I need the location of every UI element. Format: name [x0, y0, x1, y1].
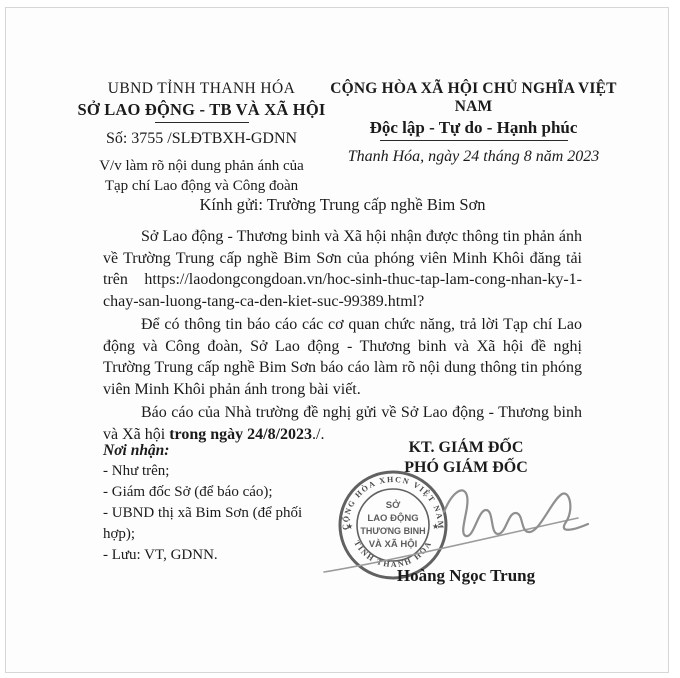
signer-name: Hoàng Ngọc Trung: [326, 566, 606, 586]
signature-tail-stroke: [324, 518, 578, 572]
svg-text:TỈNH THANH HÓA: TỈNH THANH HÓA: [352, 539, 434, 569]
recipients-block: Nơi nhận: - Như trên; - Giám đốc Sở (để …: [103, 440, 333, 566]
recipient-item: - Giám đốc Sở (để báo cáo);: [103, 482, 333, 503]
letterhead-right: CỘNG HÒA XÃ HỘI CHỦ NGHĨA VIỆT NAM Độc l…: [321, 80, 626, 166]
org-name-underline: [155, 122, 249, 123]
recipient-item: - Như trên;: [103, 461, 333, 482]
signer-position: PHÓ GIÁM ĐỐC: [341, 458, 591, 478]
document-number: Số: 3755 /SLĐTBXH-GDNN: [74, 130, 329, 148]
national-title: CỘNG HÒA XÃ HỘI CHỦ NGHĨA VIỆT NAM: [321, 80, 626, 116]
body-paragraph-2: Để có thông tin báo cáo các cơ quan chức…: [103, 314, 582, 400]
document-subject: V/v làm rõ nội dung phản ánh của Tạp chí…: [74, 156, 329, 196]
recipient-item: - Lưu: VT, GDNN.: [103, 545, 333, 566]
stamp-inner-ring: [357, 489, 429, 561]
stamp-center-line-1: SỞ: [386, 499, 401, 511]
recipient-item: - UBND thị xã Bim Sơn (để phối hợp);: [103, 503, 333, 545]
document-page: UBND TỈNH THANH HÓA SỞ LAO ĐỘNG - TB VÀ …: [5, 7, 669, 673]
stamp-center-line-2: LAO ĐỘNG: [367, 512, 418, 524]
svg-text:CỘNG HÒA XHCN VIỆT NAM: CỘNG HÒA XHCN VIỆT NAM: [341, 475, 445, 530]
subject-line-1: V/v làm rõ nội dung phản ánh của: [74, 156, 329, 176]
recipients-heading: Nơi nhận:: [103, 440, 333, 461]
issuing-org-name: SỞ LAO ĐỘNG - TB VÀ XÃ HỘI: [74, 100, 329, 120]
signature-block-heading: KT. GIÁM ĐỐC PHÓ GIÁM ĐỐC: [341, 438, 591, 478]
stamp-star-right-icon: ★: [432, 522, 439, 531]
signing-authority: KT. GIÁM ĐỐC: [341, 438, 591, 458]
stamp-star-left-icon: ★: [346, 522, 353, 531]
signature-main-stroke: [444, 490, 588, 536]
national-motto: Độc lập - Tự do - Hạnh phúc: [321, 118, 626, 138]
place-and-date: Thanh Hóa, ngày 24 tháng 8 năm 2023: [321, 148, 626, 166]
stamp-center-line-4: VÀ XÃ HỘI: [369, 538, 418, 550]
parent-org-name: UBND TỈNH THANH HÓA: [74, 80, 329, 98]
stamp-ring-top-text: CỘNG HÒA XHCN VIỆT NAM: [341, 475, 445, 530]
body-paragraph-1: Sở Lao động - Thương binh và Xã hội nhận…: [103, 226, 582, 312]
stamp-ring-bottom-text: TỈNH THANH HÓA: [352, 539, 434, 569]
letter-body: Sở Lao động - Thương binh và Xã hội nhận…: [103, 226, 582, 447]
stamp-outer-ring: [340, 472, 446, 578]
subject-line-2: Tạp chí Lao động và Công đoàn: [74, 176, 329, 196]
letterhead-left: UBND TỈNH THANH HÓA SỞ LAO ĐỘNG - TB VÀ …: [74, 80, 329, 196]
scanned-letter-screenshot: UBND TỈNH THANH HÓA SỞ LAO ĐỘNG - TB VÀ …: [0, 0, 680, 678]
salutation-line: Kính gửi: Trường Trung cấp nghề Bim Sơn: [103, 195, 582, 215]
stamp-center-line-3: THƯƠNG BINH: [360, 526, 425, 536]
motto-underline: [380, 140, 568, 141]
